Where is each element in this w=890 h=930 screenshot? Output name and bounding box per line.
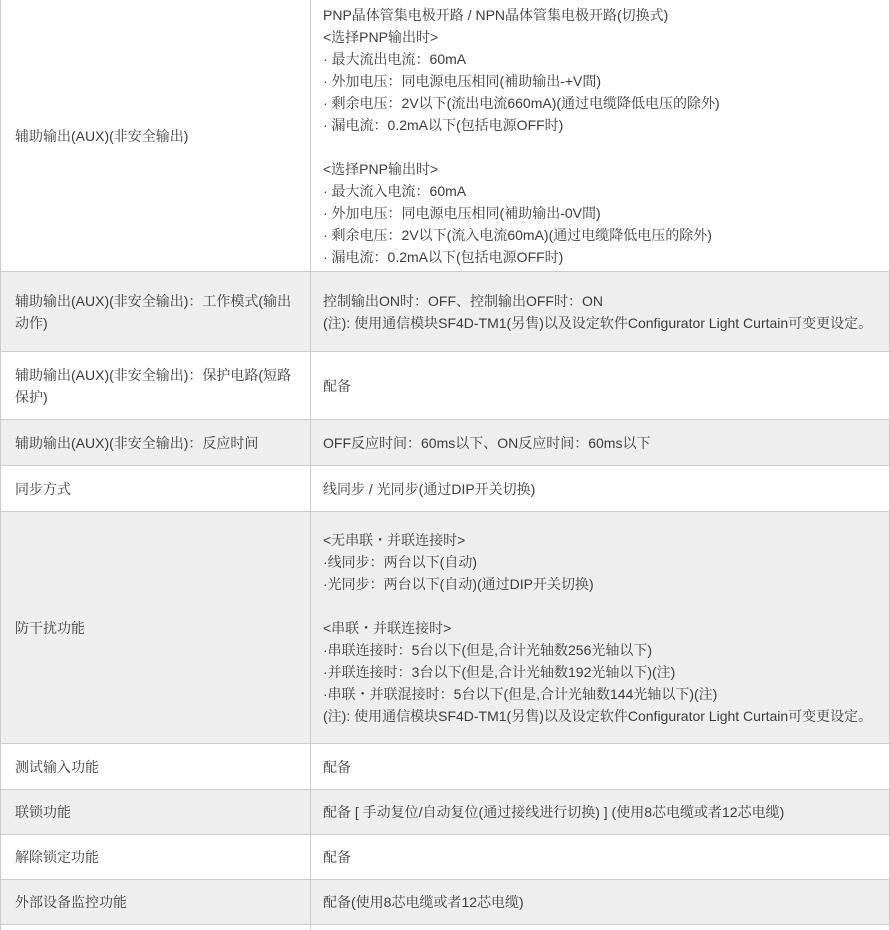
spec-value-text: 配备 <box>323 756 351 778</box>
spec-label: 辅助输出(AUX)(非安全输出)：保护电路(短路保护) <box>1 352 311 419</box>
spec-row-interference-prevention: 防干扰功能 <无串联・并联连接时> ·线同步：两台以下(自动) ·光同步：两台以… <box>1 512 889 744</box>
spec-value: 线同步 / 光同步(通过DIP开关切换) <box>311 466 889 511</box>
spec-label-text: 同步方式 <box>15 478 71 500</box>
spec-label: 防干扰功能 <box>1 512 311 743</box>
spec-label-text: 辅助输出(AUX)(非安全输出) <box>15 125 188 147</box>
spec-value: 控制输出ON时：OFF、控制输出OFF时：ON (注): 使用通信模块SF4D-… <box>311 272 889 351</box>
spec-label: 同步方式 <box>1 466 311 511</box>
spec-value: <无串联・并联连接时> ·线同步：两台以下(自动) ·光同步：两台以下(自动)(… <box>311 512 889 743</box>
spec-value-text: 配备 <box>323 846 351 868</box>
spec-label: 联锁功能 <box>1 790 311 834</box>
spec-row-external-device-monitor: 外部设备监控功能 配备(使用8芯电缆或者12芯电缆) <box>1 880 889 925</box>
spec-value-text: 线同步 / 光同步(通过DIP开关切换) <box>323 478 535 500</box>
spec-value: 配备 <box>311 744 889 789</box>
spec-label: 外部设备监控功能 <box>1 880 311 924</box>
spec-label-text: 辅助输出(AUX)(非安全输出)：工作模式(输出动作) <box>15 290 298 334</box>
spec-value: 配备 <box>311 835 889 879</box>
spec-value-text: PNP晶体管集电极开路 / NPN晶体管集电极开路(切换式) <选择PNP输出时… <box>323 4 720 268</box>
spec-label-text: 辅助输出(AUX)(非安全输出)：反应时间 <box>15 432 258 454</box>
spec-value: PNP晶体管集电极开路 / NPN晶体管集电极开路(切换式) <选择PNP输出时… <box>311 0 889 271</box>
spec-label: 辅助输出(AUX)(非安全输出) <box>1 0 311 271</box>
spec-row-lockout-release: 解除锁定功能 配备 <box>1 835 889 880</box>
spec-row-partial <box>1 925 889 930</box>
spec-value-text: 控制输出ON时：OFF、控制输出OFF时：ON (注): 使用通信模块SF4D-… <box>323 290 872 334</box>
spec-label-text: 辅助输出(AUX)(非安全输出)：保护电路(短路保护) <box>15 364 298 408</box>
spec-row-sync-method: 同步方式 线同步 / 光同步(通过DIP开关切换) <box>1 466 889 512</box>
spec-label: 测试输入功能 <box>1 744 311 789</box>
spec-label-text: 解除锁定功能 <box>15 846 99 868</box>
spec-value <box>311 925 889 930</box>
spec-value-text: 配备 [ 手动复位/自动复位(通过接线进行切换) ] (使用8芯电缆或者12芯电… <box>323 801 784 823</box>
spec-table: 辅助输出(AUX)(非安全输出) PNP晶体管集电极开路 / NPN晶体管集电极… <box>0 0 890 930</box>
spec-value: 配备 [ 手动复位/自动复位(通过接线进行切换) ] (使用8芯电缆或者12芯电… <box>311 790 889 834</box>
spec-row-test-input: 测试输入功能 配备 <box>1 744 889 790</box>
spec-label-text: 联锁功能 <box>15 801 71 823</box>
spec-value: 配备(使用8芯电缆或者12芯电缆) <box>311 880 889 924</box>
spec-row-aux-response-time: 辅助输出(AUX)(非安全输出)：反应时间 OFF反应时间：60ms以下、ON反… <box>1 420 889 466</box>
spec-label-text: 防干扰功能 <box>15 617 85 639</box>
spec-row-interlock: 联锁功能 配备 [ 手动复位/自动复位(通过接线进行切换) ] (使用8芯电缆或… <box>1 790 889 835</box>
spec-value: OFF反应时间：60ms以下、ON反应时间：60ms以下 <box>311 420 889 465</box>
spec-label: 辅助输出(AUX)(非安全输出)：反应时间 <box>1 420 311 465</box>
spec-row-aux-protection-circuit: 辅助输出(AUX)(非安全输出)：保护电路(短路保护) 配备 <box>1 352 889 420</box>
spec-value-text: 配备(使用8芯电缆或者12芯电缆) <box>323 891 524 913</box>
spec-value-text: 配备 <box>323 375 351 397</box>
spec-row-aux-output: 辅助输出(AUX)(非安全输出) PNP晶体管集电极开路 / NPN晶体管集电极… <box>1 0 889 272</box>
spec-label-text: 外部设备监控功能 <box>15 891 127 913</box>
spec-label <box>1 925 311 930</box>
spec-value-text: OFF反应时间：60ms以下、ON反应时间：60ms以下 <box>323 432 650 454</box>
spec-value-text: <无串联・并联连接时> ·线同步：两台以下(自动) ·光同步：两台以下(自动)(… <box>323 529 872 727</box>
spec-value: 配备 <box>311 352 889 419</box>
spec-label: 解除锁定功能 <box>1 835 311 879</box>
spec-label: 辅助输出(AUX)(非安全输出)：工作模式(输出动作) <box>1 272 311 351</box>
spec-row-aux-operation-mode: 辅助输出(AUX)(非安全输出)：工作模式(输出动作) 控制输出ON时：OFF、… <box>1 272 889 352</box>
spec-label-text: 测试输入功能 <box>15 756 99 778</box>
